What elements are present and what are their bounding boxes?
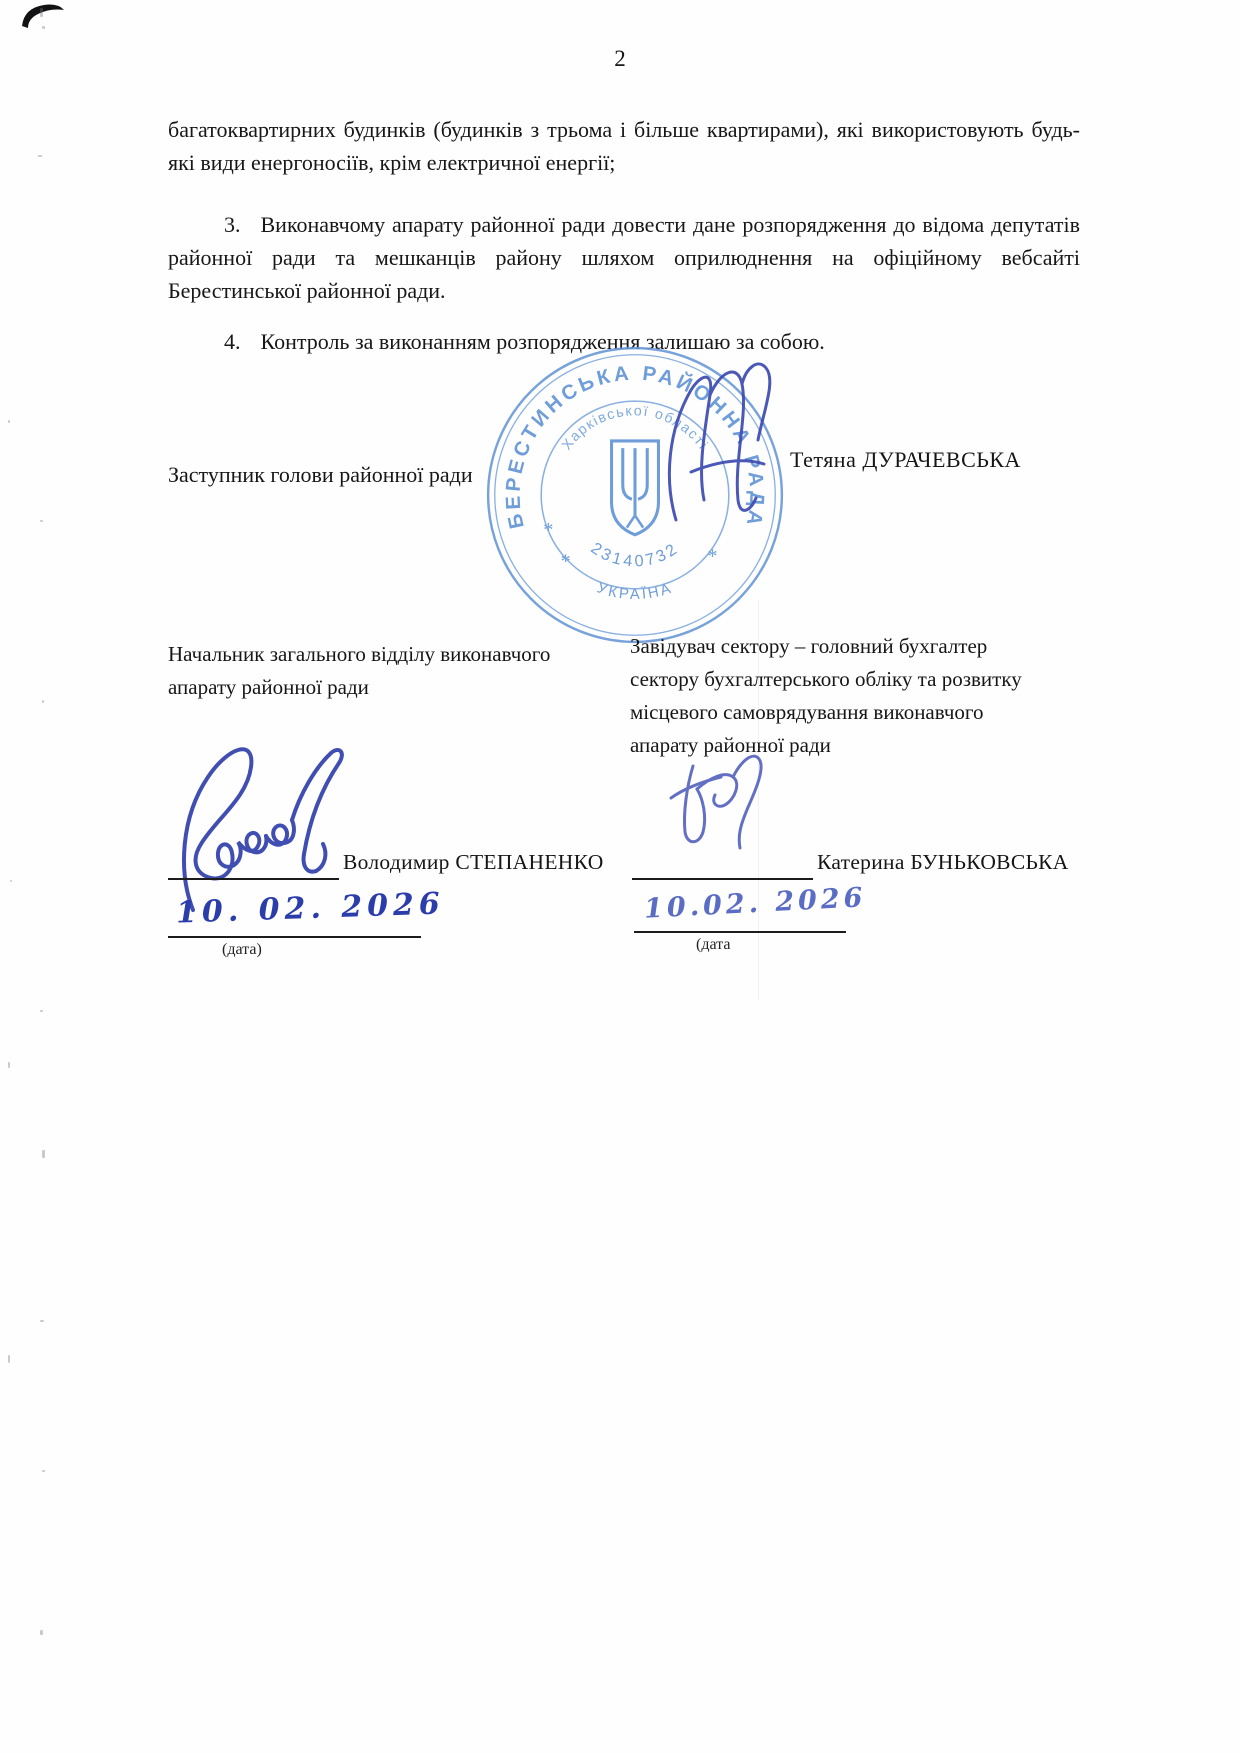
scan-speck: [40, 520, 43, 522]
scanned-document-page: 2 багатоквартирних будинків (будинків з …: [0, 0, 1240, 1753]
page-number: 2: [0, 46, 1240, 72]
stamp-country-textpath: УКРАЇНА: [595, 580, 675, 603]
scan-speck: [42, 700, 44, 703]
scan-speck: [40, 1630, 43, 1635]
scan-speck: [40, 1010, 43, 1012]
stamp-star-left-lower: *: [561, 550, 571, 572]
stamp-star-right: *: [707, 545, 717, 567]
scan-speck: [38, 155, 42, 157]
right-signatory-title-line2: сектору бухгалтерського обліку та розвит…: [630, 663, 1022, 696]
right-signatory-signature-image: [663, 736, 773, 856]
stamp-country-text: УКРАЇНА: [595, 580, 675, 603]
paragraph-continuation: багатоквартирних будинків (будинків з тр…: [168, 113, 1080, 179]
main-signatory-title: Заступник голови районної ради: [168, 462, 473, 488]
scan-speck: [8, 1062, 10, 1068]
scan-speck: [8, 420, 10, 423]
scan-artifact-corner-mark: [18, 2, 78, 32]
main-signatory-signature-image: [646, 350, 786, 535]
scan-speck: [42, 1470, 45, 1472]
scan-speck: [42, 26, 45, 29]
item-4-number: 4.: [224, 329, 261, 354]
right-signatory-title-line1: Завідувач сектору – головний бухгалтер: [630, 630, 987, 663]
left-date-label: (дата): [222, 941, 262, 959]
scan-speck: [40, 1320, 44, 1322]
scan-speck: [42, 1150, 45, 1158]
scan-speck: [40, 8, 43, 17]
left-signatory-name: Володимир СТЕПАНЕНКО: [343, 850, 604, 875]
left-date-line: [168, 936, 421, 938]
right-signatory-name: Катерина БУНЬКОВСЬКА: [817, 850, 1069, 875]
stamp-code-text: 23140732: [588, 539, 683, 571]
right-signatory-title-line3: місцевого самоврядування виконавчого: [630, 696, 984, 729]
left-signatory-signature-image: [173, 722, 358, 917]
left-signatory-title-line1: Начальник загального відділу виконавчого: [168, 638, 550, 671]
scan-speck: [8, 1355, 10, 1363]
scan-speck: [10, 880, 12, 882]
right-signature-line: [632, 878, 813, 880]
item-3-number: 3.: [224, 212, 261, 237]
item-3-text: Виконавчому апарату районної ради довест…: [168, 212, 1080, 303]
paragraph-item-3: 3.Виконавчому апарату районної ради дове…: [168, 208, 1080, 307]
left-signatory-title-line2: апарату районної ради: [168, 671, 369, 704]
stamp-star-left-upper: *: [543, 519, 553, 541]
stamp-code-textpath: 23140732: [588, 539, 683, 571]
right-date-label: (дата: [696, 936, 730, 954]
right-handwritten-date: 10.02. 2026: [643, 882, 867, 925]
main-signatory-name: Тетяна ДУРАЧЕВСЬКА: [790, 447, 1021, 473]
left-signature-line: [168, 878, 339, 880]
right-date-line: [634, 931, 846, 933]
